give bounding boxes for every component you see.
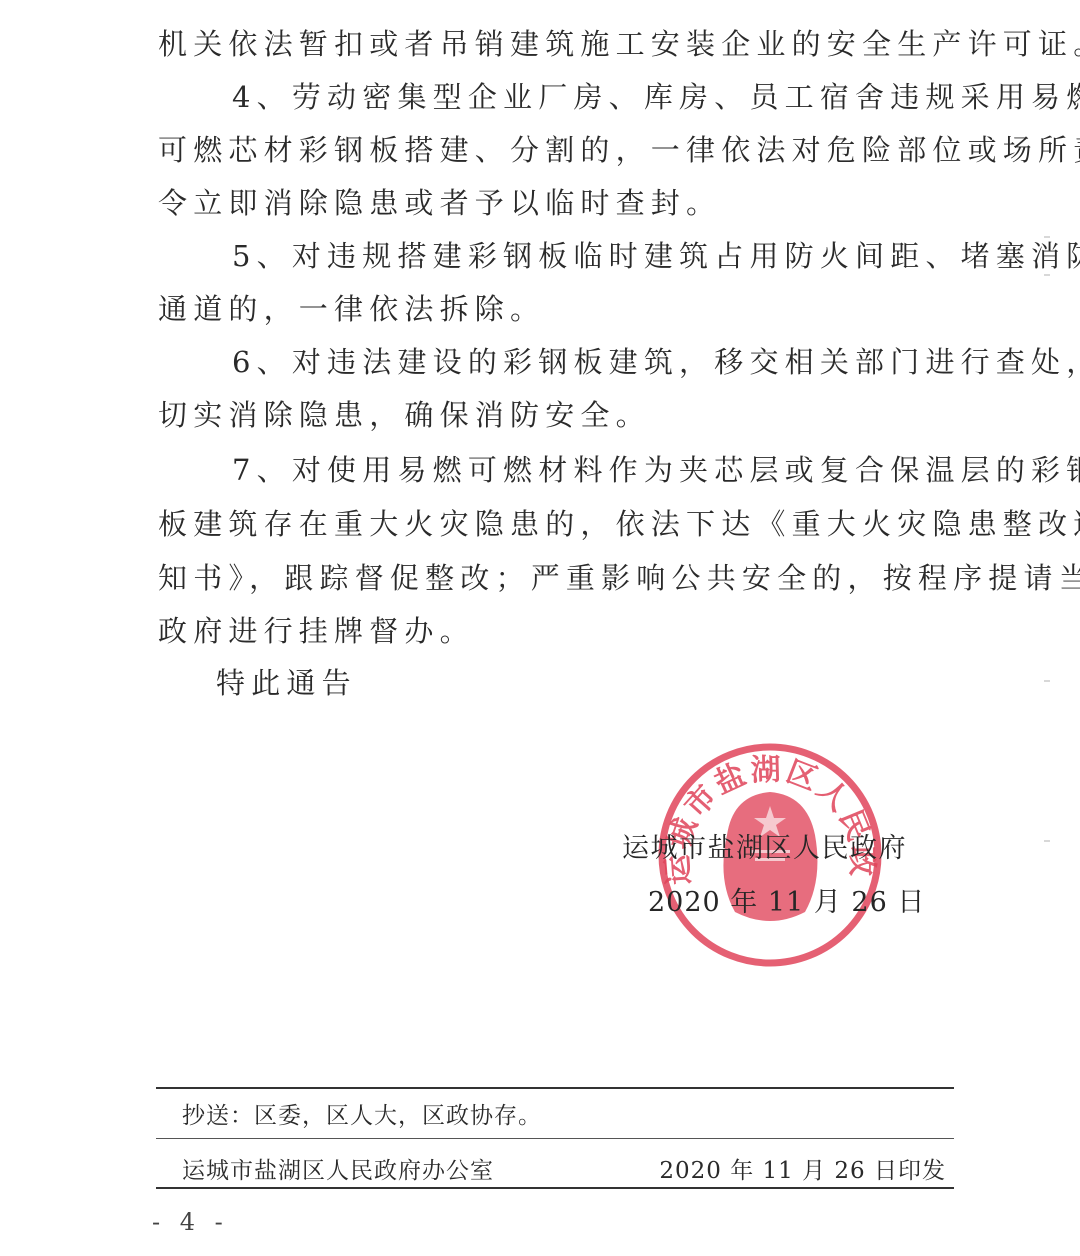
body-line: 令立即消除隐患或者予以临时查封。 xyxy=(158,183,721,223)
issue-date: 2020 年 11 月 26 日印发 xyxy=(659,1152,946,1185)
body-line-item-6: 6、对违法建设的彩钢板建筑，移交相关部门进行查处， xyxy=(232,342,1080,382)
body-line: 机关依法暂扣或者吊销建筑施工安装企业的安全生产许可证。 xyxy=(158,24,1080,64)
page-number: - 4 - xyxy=(152,1208,229,1236)
body-line: 板建筑存在重大火灾隐患的，依法下达《重大火灾隐患整改通 xyxy=(158,504,1080,544)
document-page: 机关依法暂扣或者吊销建筑施工安装企业的安全生产许可证。 4、劳动密集型企业厂房、… xyxy=(0,0,1080,1256)
footer-top-rule xyxy=(156,1087,954,1089)
scan-mark xyxy=(1044,236,1050,238)
body-line: 政府进行挂牌督办。 xyxy=(158,611,475,651)
body-line: 切实消除隐患，确保消防安全。 xyxy=(158,395,651,435)
body-line: 通道的，一律依法拆除。 xyxy=(158,289,545,329)
cc-line: 抄送：区委，区人大，区政协存。 xyxy=(182,1097,542,1130)
body-line-item-7: 7、对使用易燃可燃材料作为夹芯层或复合保温层的彩钢 xyxy=(232,450,1080,490)
footer-bottom-rule xyxy=(156,1187,954,1189)
closing-text: 特此通告 xyxy=(216,663,357,703)
issuing-office: 运城市盐湖区人民政府办公室 xyxy=(182,1152,494,1185)
footer-middle-rule xyxy=(156,1138,954,1139)
scan-mark xyxy=(1044,680,1050,682)
body-line: 可燃芯材彩钢板搭建、分割的，一律依法对危险部位或场所责 xyxy=(158,130,1080,170)
scan-mark xyxy=(1044,274,1050,276)
body-line: 知书》，跟踪督促整改；严重影响公共安全的，按程序提请当地 xyxy=(158,558,1080,598)
body-line-item-4: 4、劳动密集型企业厂房、库房、员工宿舍违规采用易燃 xyxy=(232,77,1080,117)
scan-mark xyxy=(1044,840,1050,842)
signature-date: 2020 年 11 月 26 日 xyxy=(648,880,925,919)
body-line-item-5: 5、对违规搭建彩钢板临时建筑占用防火间距、堵塞消防 xyxy=(232,236,1080,276)
signature-organization: 运城市盐湖区人民政府 xyxy=(622,826,907,865)
